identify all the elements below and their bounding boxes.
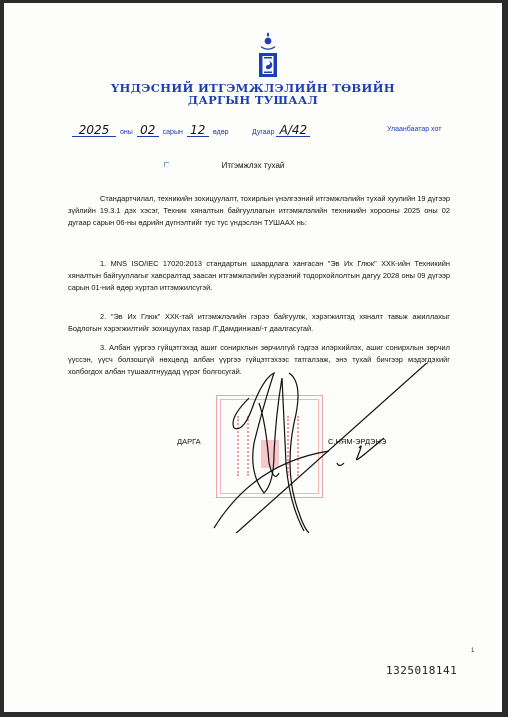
page-number: 1 <box>471 648 474 654</box>
date-line: 2025 оны 02 сарын 12 өдөр <box>72 124 231 137</box>
org-title: ҮНДЭСНИЙ ИТГЭМЖЛЭЛИЙН ТӨВИЙН ДАРГЫН ТУША… <box>4 82 502 106</box>
year-label: оны <box>120 129 133 136</box>
document-page: ҮНДЭСНИЙ ИТГЭМЖЛЭЛИЙН ТӨВИЙН ДАРГЫН ТУША… <box>4 3 502 712</box>
order-item-1: 1. MNS ISO/IEC 17020:2013 стандартын шаа… <box>68 258 450 294</box>
order-number: А/42 <box>276 124 310 137</box>
handwritten-signature <box>154 363 454 533</box>
city: Улаанбаатар хот <box>387 126 441 133</box>
subject-title: Итгэмжлэх тухай <box>4 161 502 170</box>
day-label: өдөр <box>213 129 229 136</box>
date-day: 12 <box>187 124 209 137</box>
month-label: сарын <box>163 129 183 136</box>
date-month: 02 <box>137 124 159 137</box>
serial-number: 1325018141 <box>386 664 457 677</box>
intro-paragraph: Стандартчилал, техникийн зохицуулалт, то… <box>68 193 450 229</box>
date-year: 2025 <box>72 124 116 137</box>
number-label: Дугаар <box>252 129 274 136</box>
order-item-2: 2. "Эв Их Глюк" ХХК-тай итгэмжлэлийн гэр… <box>68 311 450 335</box>
org-title-line2: ДАРГЫН ТУШААЛ <box>4 94 502 106</box>
order-number-line: Дугаар А/42 <box>252 124 310 137</box>
soyombo-emblem-icon <box>256 31 280 81</box>
